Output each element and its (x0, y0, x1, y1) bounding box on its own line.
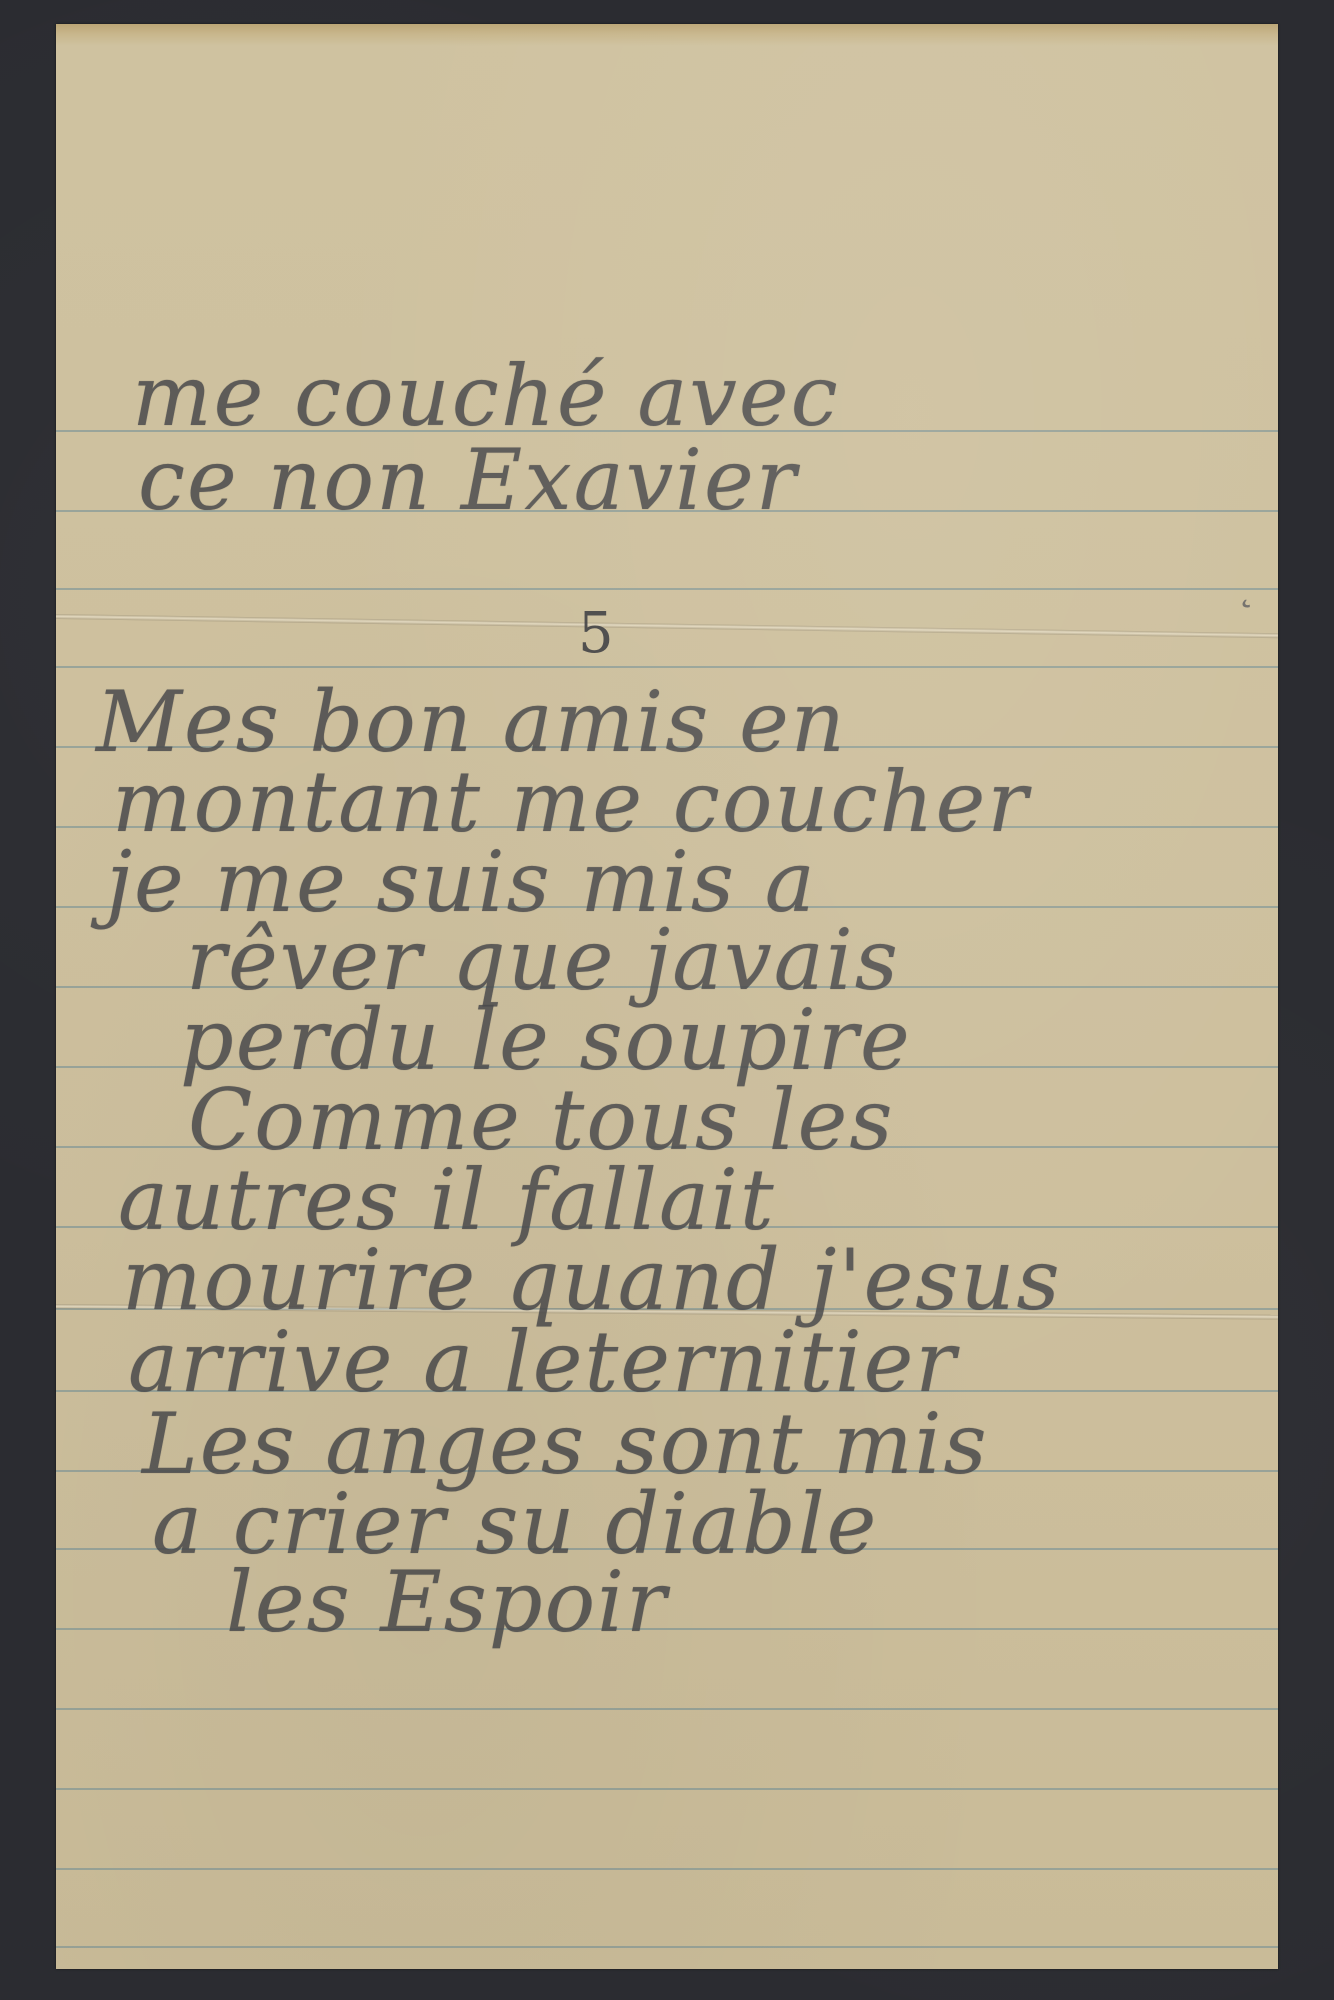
handwritten-line: ce non Exavier (138, 438, 798, 522)
handwritten-line: perdu le soupire (180, 998, 912, 1082)
handwritten-line: montant me coucher (112, 760, 1030, 844)
ruled-line (56, 1788, 1278, 1790)
ruled-line (56, 1708, 1278, 1710)
fold-crease-upper (56, 614, 1278, 638)
handwritten-line: les Espoir (226, 1560, 668, 1644)
ruled-line (56, 1868, 1278, 1870)
handwritten-line: Les anges sont mis (142, 1402, 989, 1486)
handwritten-line: autres il fallait (118, 1158, 776, 1242)
handwritten-line: Mes bon amis en (96, 680, 847, 764)
handwritten-line: me couché avec (132, 354, 840, 438)
ruled-line (56, 1946, 1278, 1948)
ruled-line (56, 588, 1278, 590)
page-number: 5 (578, 606, 614, 662)
handwritten-line: rêver que javais (186, 918, 900, 1002)
handwritten-line: arrive a leternitier (128, 1320, 958, 1404)
lined-paper-sheet: me couché avec ce non Exavier ˛ 5 Mes bo… (56, 24, 1278, 1969)
handwritten-line: mourire quand j'esus (122, 1238, 1062, 1322)
margin-mark: ˛ (1236, 564, 1256, 610)
handwritten-line: Comme tous les (188, 1078, 894, 1162)
ruled-line (56, 666, 1278, 668)
